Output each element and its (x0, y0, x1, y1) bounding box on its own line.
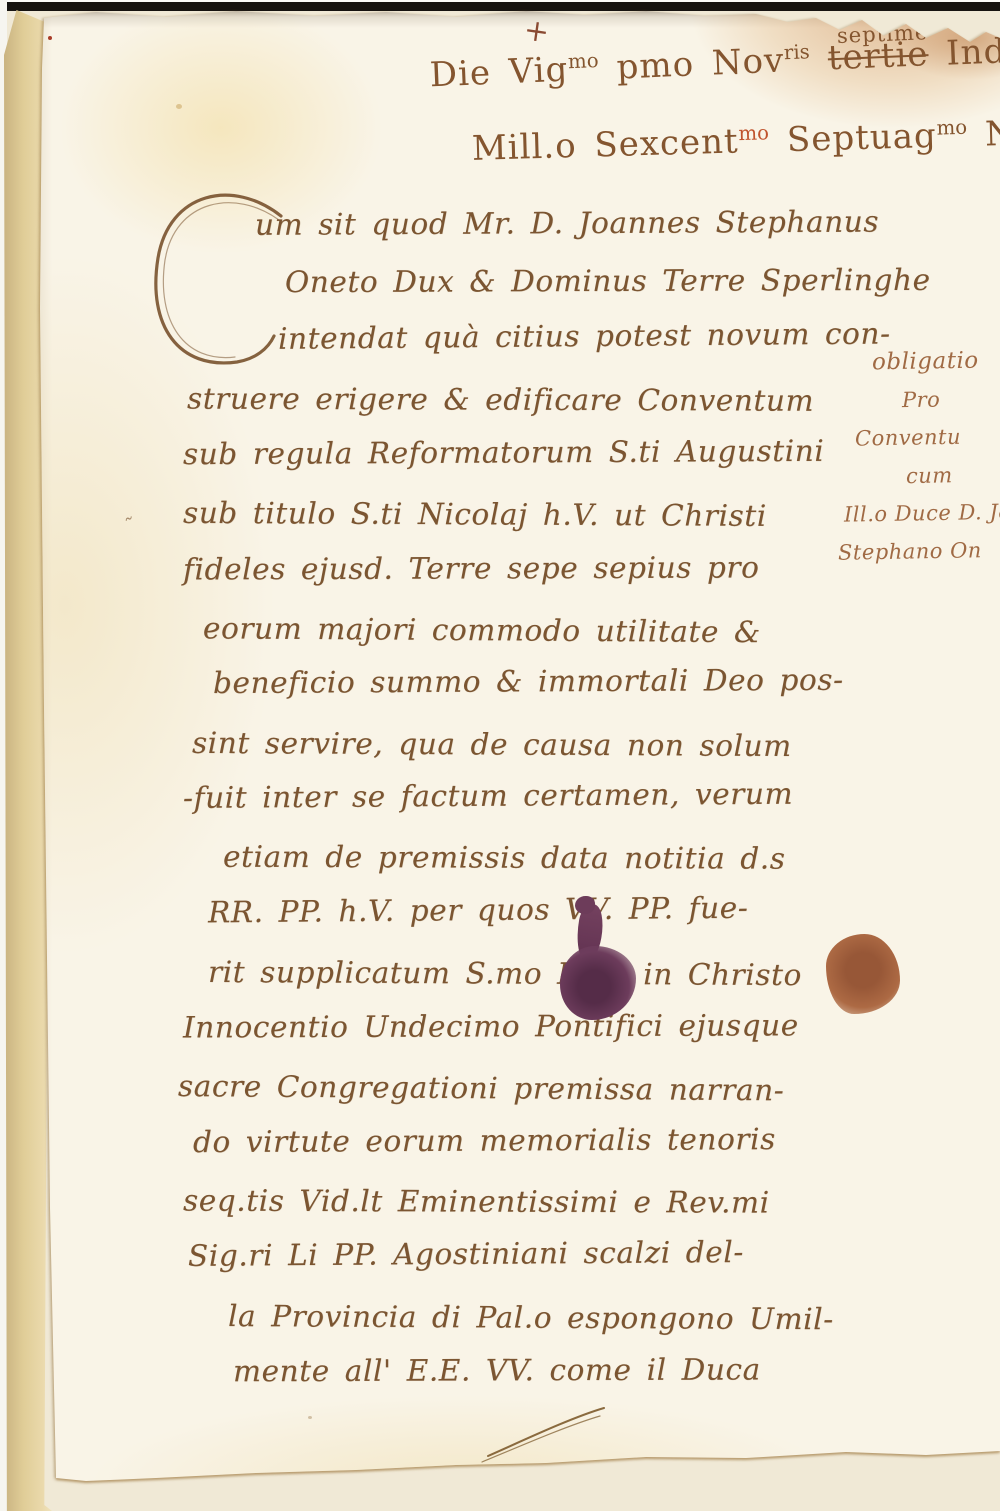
date-line2-text: Septuag (769, 116, 938, 161)
margin-note-line: Stephano On (838, 530, 1000, 571)
interlinear-correction: septime (836, 2, 930, 68)
ink-blot-brown (826, 934, 900, 1014)
ink-blot-purple-head (575, 896, 595, 914)
margin-note-line: Pro (902, 379, 1000, 419)
foxing-speck (176, 104, 182, 109)
red-speck (48, 36, 52, 40)
manuscript-line: la Provincia di Pal.o espongono Umil- (26, 1287, 1000, 1349)
bottom-flourish-slashes (478, 1404, 613, 1470)
manuscript-line: -fuit inter se factum certamen, verum (26, 764, 1000, 828)
margin-note-line: obligatio (872, 341, 1000, 382)
date-header: Die Vigmo pmo Novris tertieseptime Ind 1… (26, 54, 1000, 193)
superscript-mo: mo (568, 49, 599, 73)
superscript-ris: ris (783, 40, 810, 64)
date-line1-text: pmo Nov (598, 41, 785, 89)
margin-annotation: obligatioProConventucumIll.o Duce D. JoS… (846, 342, 1000, 570)
date-line2-text: Nono ./. (967, 111, 1000, 156)
manuscript-page: + Die Vigmo pmo Novris tertieseptime Ind… (26, 8, 1000, 1500)
date-line1-text: Ind 17 (928, 29, 1000, 75)
manuscript-line: RR. PP. h.V. per quos VV. PP. fue- (26, 877, 1000, 943)
correction-stack: tertieseptime (827, 24, 930, 90)
superscript-mo: mo (936, 116, 967, 140)
manuscript-line: Oneto Dux & Dominus Terre Sperlinghe (26, 252, 1000, 313)
margin-note-line: Conventu (855, 416, 1000, 457)
date-line1-text: Die Vig (429, 50, 569, 96)
margin-note-line: cum (906, 455, 1000, 495)
margin-note-line: Ill.o Duce D. Jo (844, 492, 1000, 533)
manuscript-line: do virtute eorum memorialis tenoris (26, 1110, 1000, 1172)
manuscript-line: beneficio summo & immortali Deo pos- (26, 651, 1000, 713)
manuscript-line: mente all' E.E. VV. come il Duca (26, 1341, 1000, 1402)
superscript-mo-red: mo (738, 122, 769, 146)
manuscript-line: um sit quod Mr. D. Joannes Stephanus (26, 193, 1000, 255)
manuscript-scan: + Die Vigmo pmo Novris tertieseptime Ind… (0, 0, 1000, 1511)
scanner-edge-top (0, 0, 1000, 11)
manuscript-line: Sig.ri Li PP. Agostiniani scalzi del- (26, 1223, 1000, 1287)
date-line2-text: Mill.o Sexcent (471, 122, 739, 169)
foxing-speck (308, 1416, 312, 1419)
